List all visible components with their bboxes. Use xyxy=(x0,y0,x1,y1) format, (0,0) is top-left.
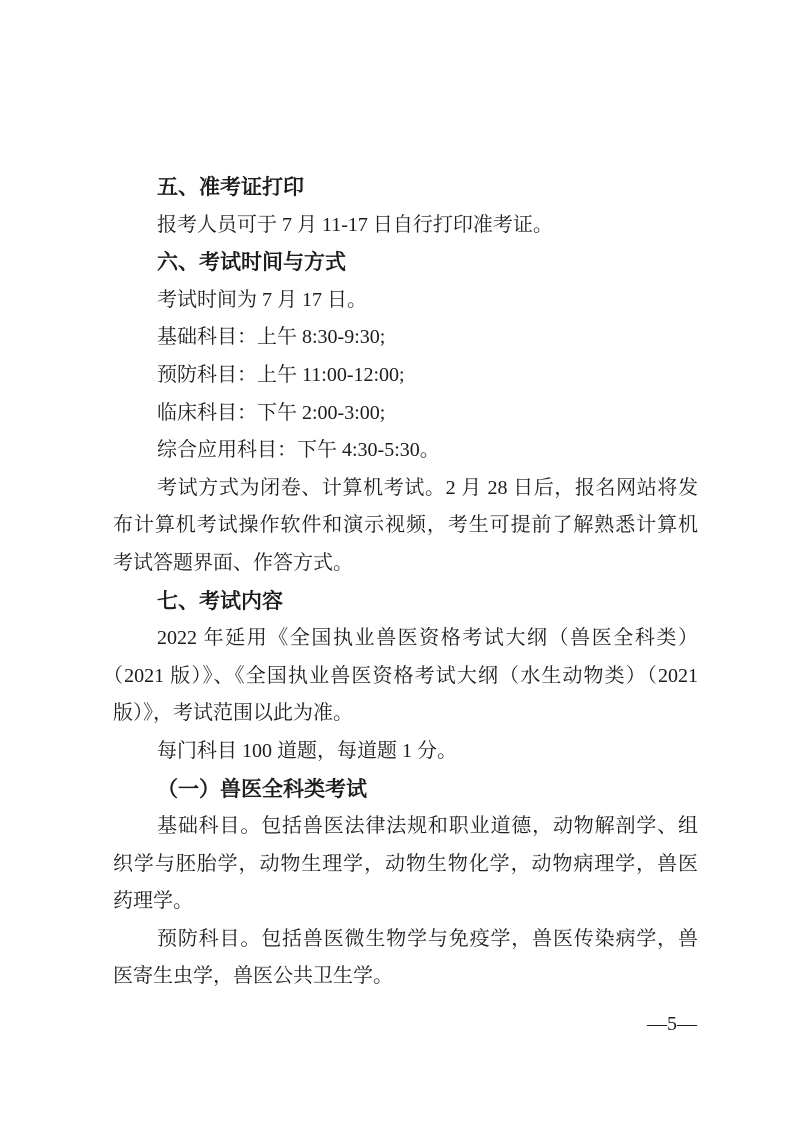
text-line: 医寄生虫学，兽医公共卫生学。 xyxy=(113,958,698,996)
document-page: 五、准考证打印报考人员可于 7 月 11-17 日自行打印准考证。六、考试时间与… xyxy=(0,0,793,1123)
text-line: 报考人员可于 7 月 11-17 日自行打印准考证。 xyxy=(113,207,698,245)
section-heading: 六、考试时间与方式 xyxy=(113,244,698,282)
page-number: —5— xyxy=(647,1012,697,1036)
text-line: 2022 年延用《全国执业兽医资格考试大纲（兽医全科类） xyxy=(113,620,698,658)
text-line: 基础科目。包括兽医法律法规和职业道德，动物解剖学、组 xyxy=(113,808,698,846)
text-line: 基础科目：上午 8:30-9:30; xyxy=(113,319,698,357)
text-line: 药理学。 xyxy=(113,883,698,921)
text-line: 每门科目 100 道题，每道题 1 分。 xyxy=(113,733,698,771)
text-line: 综合应用科目：下午 4:30-5:30。 xyxy=(113,432,698,470)
text-line: 预防科目。包括兽医微生物学与免疫学，兽医传染病学，兽 xyxy=(113,921,698,959)
text-line: 临床科目：下午 2:00-3:00; xyxy=(113,395,698,433)
document-body: 五、准考证打印报考人员可于 7 月 11-17 日自行打印准考证。六、考试时间与… xyxy=(113,169,698,996)
section-heading: 五、准考证打印 xyxy=(113,169,698,207)
text-line: 考试方式为闭卷、计算机考试。2 月 28 日后，报名网站将发 xyxy=(113,470,698,508)
text-line: （2021 版）》、《全国执业兽医资格考试大纲（水生动物类）（2021 xyxy=(113,658,698,696)
text-line: 版）》，考试范围以此为准。 xyxy=(113,695,698,733)
text-line: 布计算机考试操作软件和演示视频，考生可提前了解熟悉计算机 xyxy=(113,507,698,545)
section-heading: 七、考试内容 xyxy=(113,583,698,621)
text-line: 织学与胚胎学，动物生理学，动物生物化学，动物病理学，兽医 xyxy=(113,846,698,884)
text-line: 考试答题界面、作答方式。 xyxy=(113,545,698,583)
text-line: 预防科目：上午 11:00-12:00; xyxy=(113,357,698,395)
text-line: 考试时间为 7 月 17 日。 xyxy=(113,282,698,320)
section-heading: （一）兽医全科类考试 xyxy=(113,771,698,809)
